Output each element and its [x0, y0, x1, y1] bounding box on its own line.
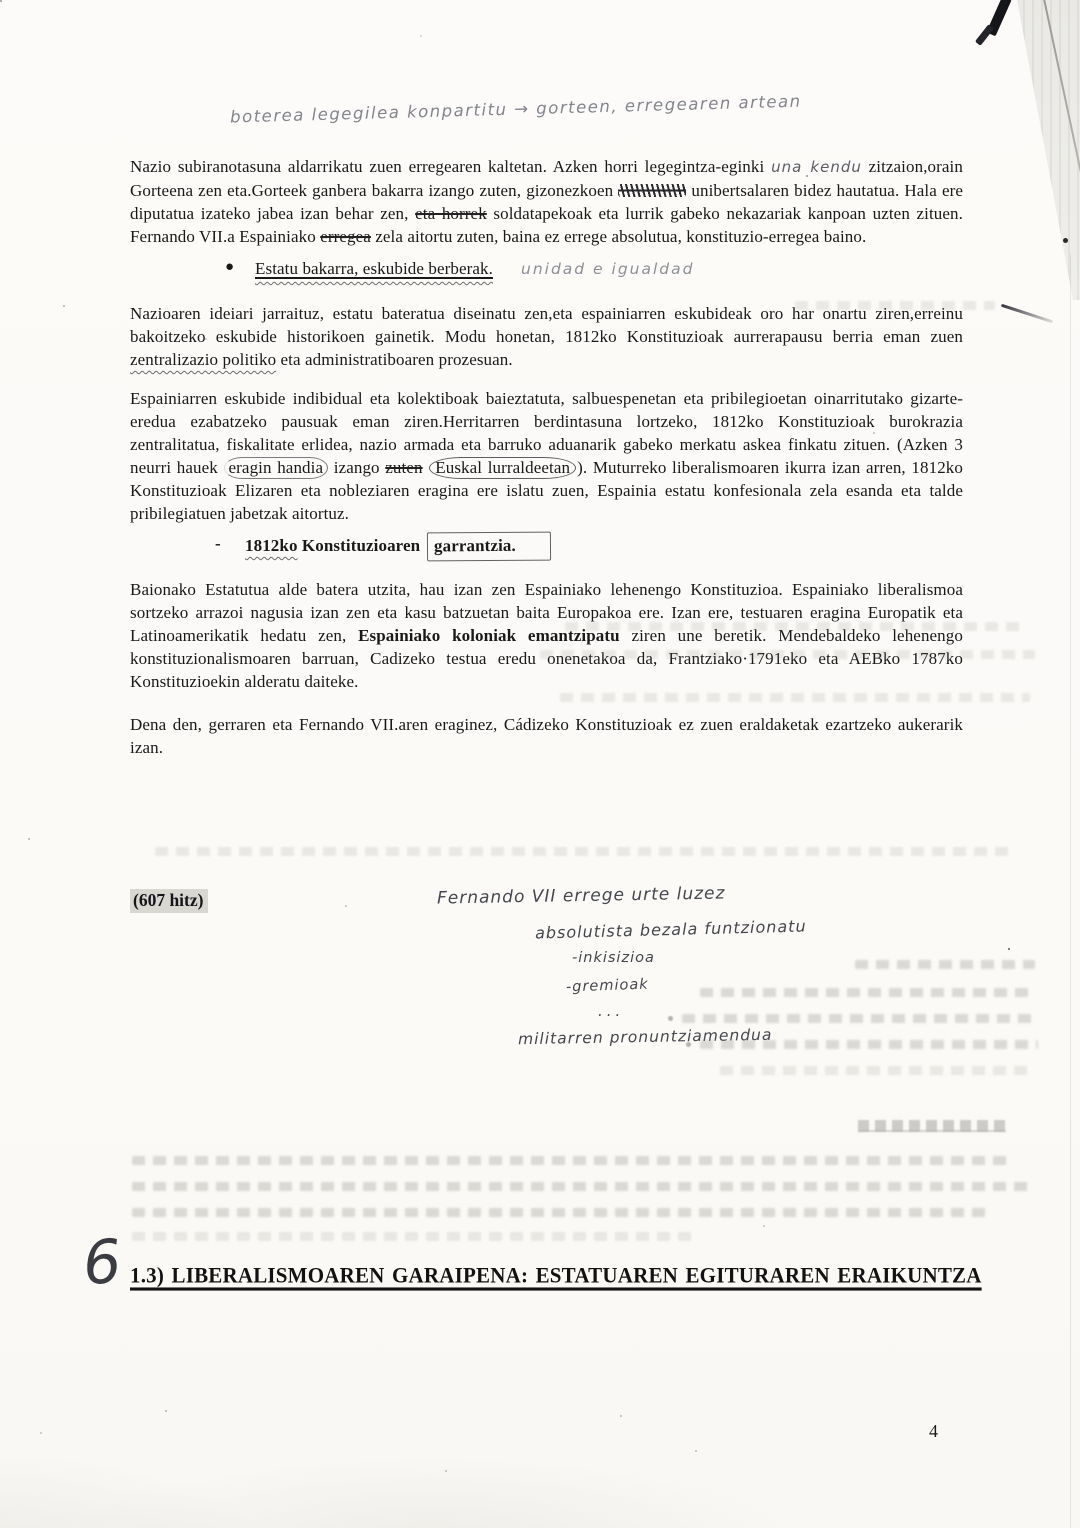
bleed-through-line [565, 622, 1025, 631]
handwritten-note: absolutista bezala funtzionatu [535, 916, 807, 942]
struck-text: zuten [385, 458, 422, 477]
corner-pen-mark [975, 24, 994, 46]
hand-underline: Estatu bakarra, eskubide berberak. [255, 259, 493, 278]
body-text: Nazioaren ideiari jarraituz, estatu bate… [130, 304, 963, 346]
bleed-through-line [132, 1208, 992, 1217]
bleed-through-line [700, 1040, 1038, 1049]
struck-text: erregea [320, 227, 371, 246]
paragraph-unified-state: Nazioaren ideiari jarraituz, estatu bate… [130, 302, 963, 371]
word-count-badge: (607 hitz) [130, 889, 208, 913]
bullet-item-single-state: ●Estatu bakarra, eskubide berberak.unida… [130, 257, 963, 281]
page-right-edge [1070, 255, 1071, 1528]
bleed-through-line [540, 650, 1035, 659]
bleed-through-line [132, 1156, 1012, 1165]
ink-dot [1063, 238, 1068, 243]
pen-dash-mark [1001, 304, 1053, 324]
bleed-through-bullet [668, 1016, 673, 1021]
bleed-through-line [132, 1232, 692, 1241]
handwritten-top-note: boterea legegilea konpartitu → gorteen, … [230, 89, 910, 127]
paragraph-national-sovereignty: Nazio subiranotasuna aldarrikatu zuen er… [130, 155, 963, 248]
handwritten-inline-note: una kendu [771, 158, 862, 176]
body-text: izango [328, 458, 385, 477]
section-heading: 1.3) LIBERALISMOAREN GARAIPENA: ESTATUAR… [130, 1263, 970, 1289]
handwritten-note: -inkisizioa [572, 950, 655, 966]
sub-item-importance: -1812ko Konstituzioaren garrantzia. [130, 532, 963, 561]
bleed-through-line [795, 301, 995, 310]
handwritten-note: -gremioak [566, 977, 649, 996]
body-text: Konstituzioaren [298, 536, 421, 555]
typed-body: Nazio subiranotasuna aldarrikatu zuen er… [130, 155, 963, 759]
bullet-icon: ● [225, 256, 234, 279]
struck-text: eta horrek [415, 204, 487, 223]
hand-marked-phrase: 1812ko [245, 536, 298, 555]
paragraph-first-constitution: Baionako Estatutua alde batera utzita, h… [130, 578, 963, 693]
bleed-through-line [720, 1066, 1035, 1075]
handwritten-note: ... [598, 1002, 624, 1020]
paragraph-rights: Espainiarren eskubide indibidual eta kol… [130, 387, 963, 525]
scanner-background-strip [1005, 0, 1080, 300]
handwritten-margin-number: 6 [81, 1227, 124, 1299]
scanned-page: boterea legegilea konpartitu → gorteen, … [0, 0, 1080, 1528]
handwritten-equality-note: unidad e igualdad [521, 260, 694, 278]
bleed-through-line [855, 960, 1035, 969]
hand-marked-phrase: zentralizazio politiko [130, 350, 276, 369]
bleed-through-heading [858, 1120, 1006, 1132]
body-text: zela aitortu zuten, baina ez errege abso… [371, 227, 866, 246]
body-text: Nazio subiranotasuna aldarrikatu zuen er… [130, 157, 771, 176]
bleed-through-line [155, 847, 1010, 856]
paragraph-conclusion: Dena den, gerraren eta Fernando VII.aren… [130, 713, 963, 759]
page-number: 4 [929, 1421, 938, 1442]
dash-icon: - [215, 532, 221, 555]
bleed-through-line [132, 1182, 1032, 1191]
bullet-text: Estatu bakarra, eskubide berberak. [255, 259, 493, 278]
body-text: eta administratiboaren prozesuan. [276, 350, 513, 369]
bleed-through-line [560, 693, 1030, 702]
hand-circled-phrase: Euskal lurraldeetan [429, 457, 576, 479]
handwritten-note: Fernando VII errege urte luzez [437, 883, 726, 908]
paper-speckles [0, 0, 2, 2]
bleed-through-line [682, 1014, 1037, 1023]
hand-boxed-word: garrantzia. [426, 532, 550, 562]
hand-circled-phrase: eragin handia [224, 457, 329, 479]
bleed-through-bullet [686, 1042, 691, 1047]
scribbled-out-word [618, 184, 686, 197]
bleed-through-line [700, 988, 1035, 997]
